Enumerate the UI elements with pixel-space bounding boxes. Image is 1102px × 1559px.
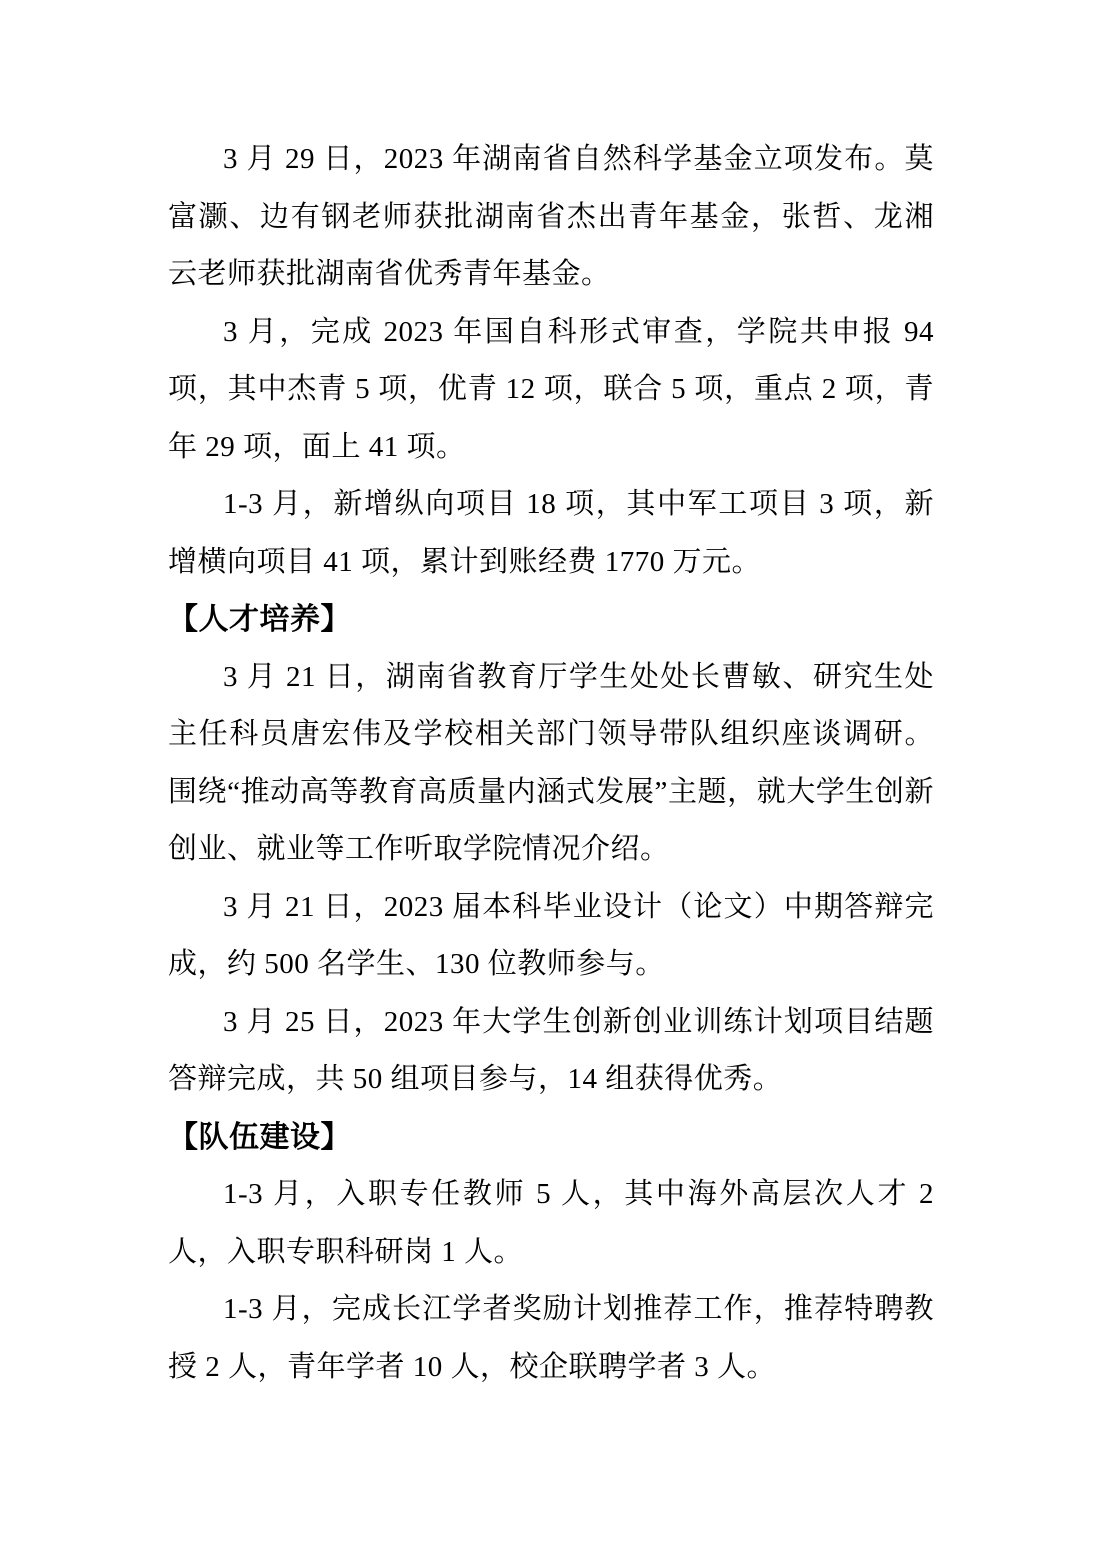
section-heading-talent-cultivation: 【人才培养】 xyxy=(168,591,934,649)
paragraph-new-projects: 1-3 月，新增纵向项目 18 项，其中军工项目 3 项，新增横向项目 41 项… xyxy=(168,476,934,591)
paragraph-changjiang-scholar: 1-3 月，完成长江学者奖励计划推荐工作，推荐特聘教授 2 人，青年学者 10 … xyxy=(168,1281,934,1396)
paragraph-nsfc-review: 3 月，完成 2023 年国自科形式审查，学院共申报 94 项，其中杰青 5 项… xyxy=(168,304,934,477)
document-page: 3 月 29 日，2023 年湖南省自然科学基金立项发布。莫富灏、边有钢老师获批… xyxy=(0,0,1102,1559)
paragraph-natural-science-fund: 3 月 29 日，2023 年湖南省自然科学基金立项发布。莫富灏、边有钢老师获批… xyxy=(168,131,934,304)
document-content: 3 月 29 日，2023 年湖南省自然科学基金立项发布。莫富灏、边有钢老师获批… xyxy=(168,131,934,1396)
paragraph-innovation-training-defense: 3 月 25 日，2023 年大学生创新创业训练计划项目结题答辩完成，共 50 … xyxy=(168,994,934,1109)
paragraph-thesis-midterm-defense: 3 月 21 日，2023 届本科毕业设计（论文）中期答辩完成，约 500 名学… xyxy=(168,879,934,994)
paragraph-education-dept-visit: 3 月 21 日，湖南省教育厅学生处处长曹敏、研究生处主任科员唐宏伟及学校相关部… xyxy=(168,649,934,879)
section-heading-team-building: 【队伍建设】 xyxy=(168,1109,934,1167)
paragraph-new-faculty: 1-3 月，入职专任教师 5 人，其中海外高层次人才 2 人，入职专职科研岗 1… xyxy=(168,1166,934,1281)
